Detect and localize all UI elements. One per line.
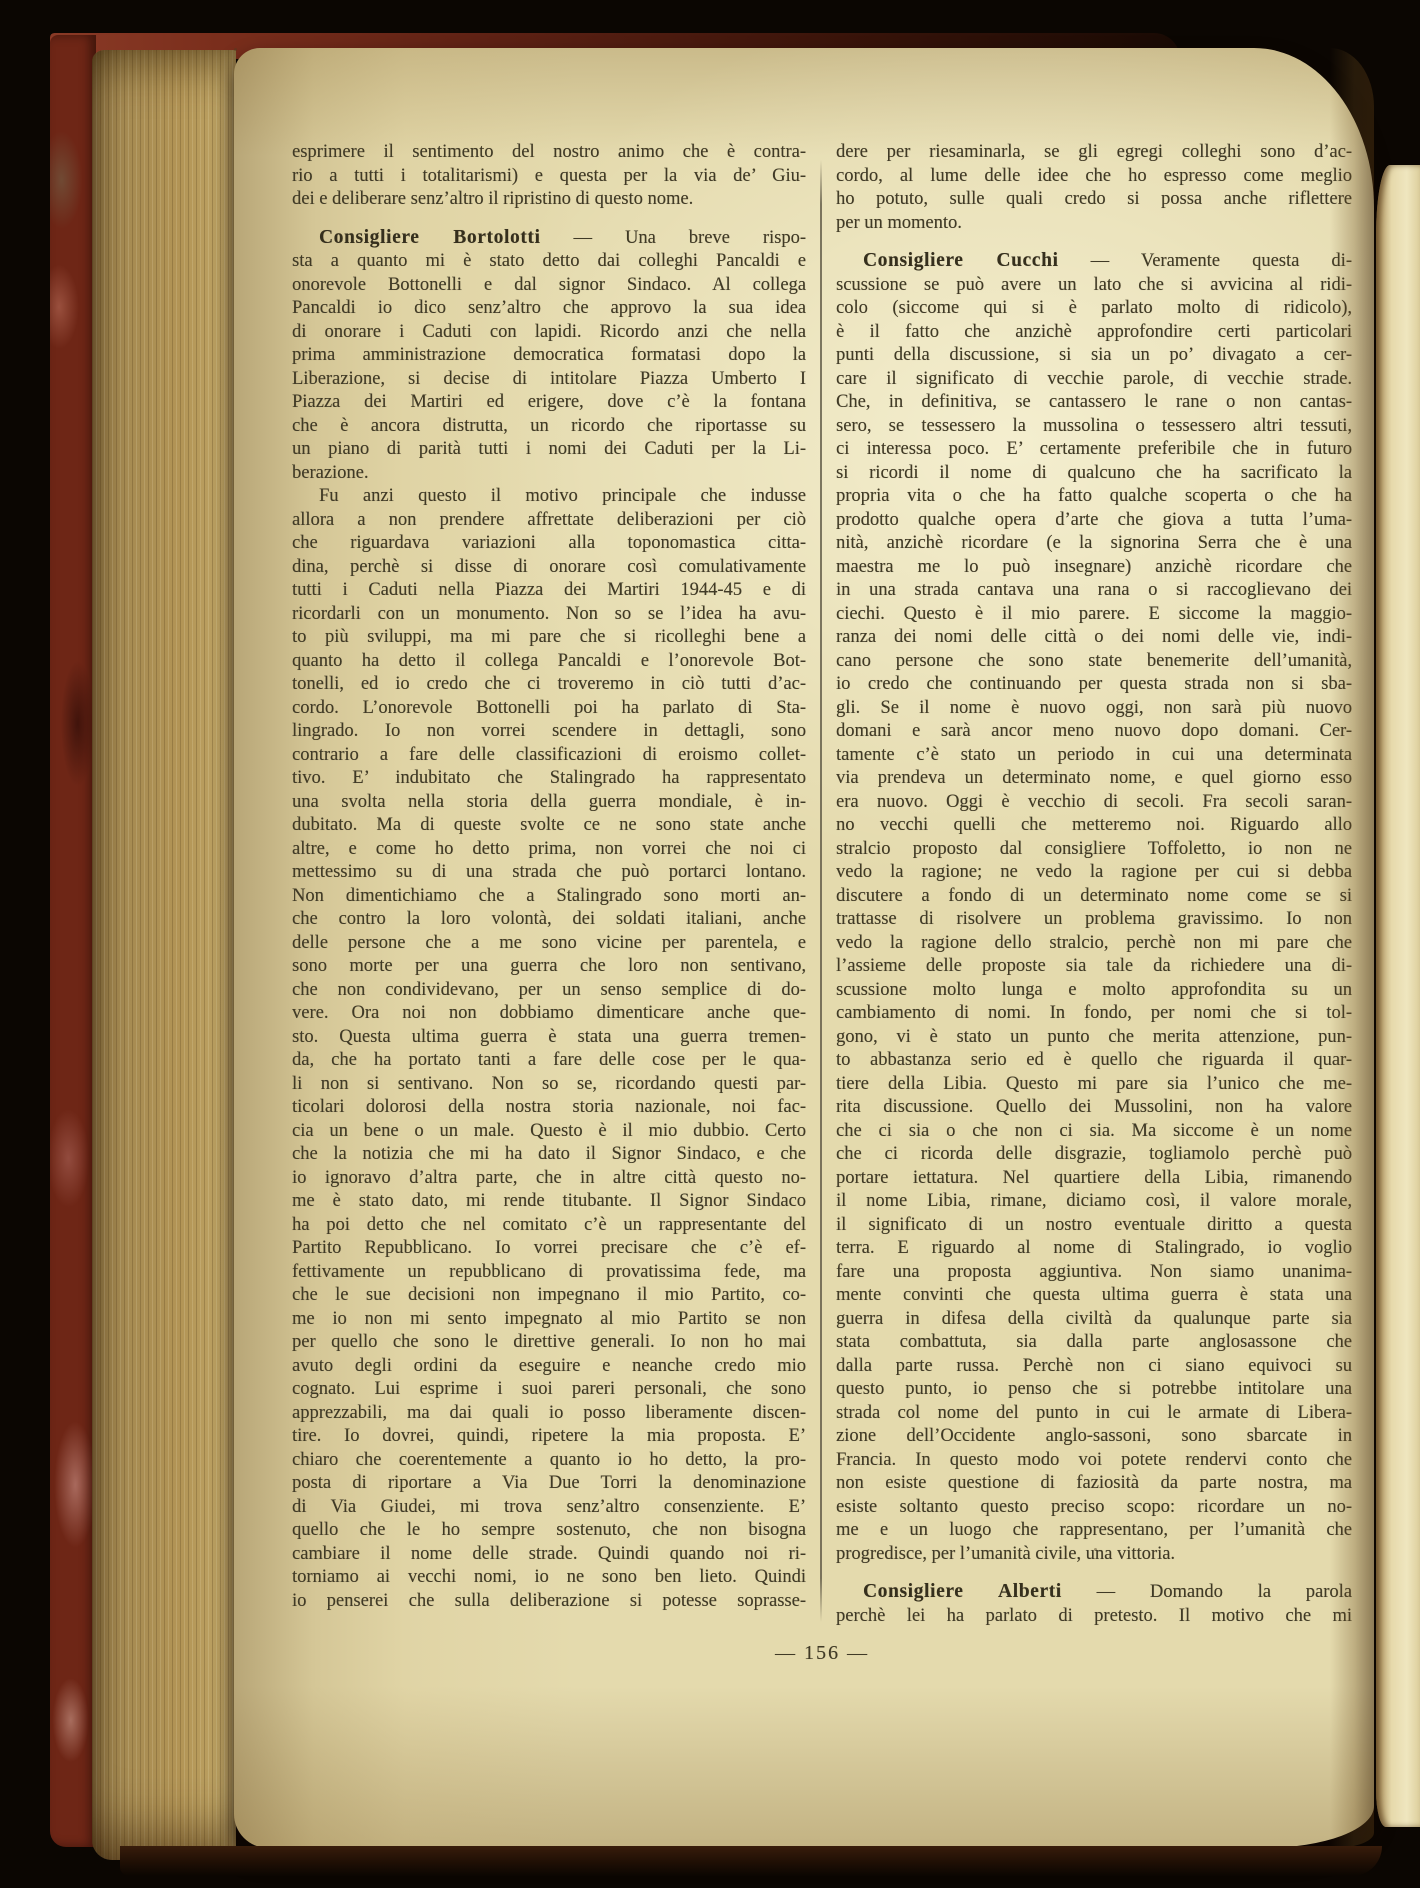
text-line: tivo. E’ indubitato che Stalingrado ha r… bbox=[292, 767, 806, 791]
text-line: nità, anzichè ricordare (e la signorina … bbox=[836, 532, 1352, 556]
text-line: che riguardava variazioni alla toponomas… bbox=[292, 532, 806, 556]
text-line: cordo. L’onorevole Bottonelli poi ha par… bbox=[292, 697, 806, 721]
text-line: esiste soltanto questo preciso scopo: ri… bbox=[836, 1496, 1352, 1520]
speaker-separator: — bbox=[1062, 1582, 1150, 1602]
text-line: propria vita o che ha fatto qualche scop… bbox=[836, 485, 1352, 509]
text-line: ha poi detto che nel comitato c’è un rap… bbox=[292, 1214, 806, 1238]
text-line: li non si sentivano. Non so se, ricordan… bbox=[292, 1073, 806, 1097]
text-line: quello che le ho sempre sostenuto, che n… bbox=[292, 1519, 806, 1543]
text-line: dei e deliberare senz’altro il ripristin… bbox=[292, 188, 806, 212]
text-line: un piano di parità tutti i nomi dei Cadu… bbox=[292, 438, 806, 462]
text-line: è il fatto che anzichè approfondire cert… bbox=[836, 321, 1352, 345]
text-line: il nome Libia, rimane, diciamo così, il … bbox=[836, 1190, 1352, 1214]
text-line: Consigliere Cucchi — Veramente questa di… bbox=[836, 249, 1352, 274]
speech-paragraph: Consigliere Alberti — Domando la parolap… bbox=[836, 1580, 1352, 1628]
text-line: mettessimo su di una strada che può port… bbox=[292, 861, 806, 885]
text-line: punti della discussione, si sia un po’ d… bbox=[836, 344, 1352, 368]
text-line: posta di riportare a Via Due Torri la de… bbox=[292, 1472, 806, 1496]
text-line: fare una proposta aggiuntiva. Non siamo … bbox=[836, 1261, 1352, 1285]
text-line: terra. E riguardo al nome di Stalingrado… bbox=[836, 1237, 1352, 1261]
text-line: ciechi. Questo è il mio parere. E siccom… bbox=[836, 603, 1352, 627]
text-line: che contro la loro volontà, dei soldati … bbox=[292, 908, 806, 932]
text-line: Partito Repubblicano. Io vorrei precisar… bbox=[292, 1237, 806, 1261]
text-line: to più sviluppi, ma mi pare che si ricol… bbox=[292, 626, 806, 650]
text-line: via prendeva un determinato nome, e quel… bbox=[836, 767, 1352, 791]
text-line: sono morte per una guerra che loro non s… bbox=[292, 955, 806, 979]
text-line: l’assieme delle proposte sia tale da ric… bbox=[836, 955, 1352, 979]
text-line: guerra in difesa della civiltà da qualun… bbox=[836, 1308, 1352, 1332]
text-line: colo (siccome qui si è parlato molto di … bbox=[836, 297, 1352, 321]
text-line: rio a tutti i totalitarismi) e questa pe… bbox=[292, 165, 806, 189]
text-line: Piazza dei Martiri ed erigere, dove c’è … bbox=[292, 391, 806, 415]
text-line: cambiare il nome delle strade. Quindi qu… bbox=[292, 1543, 806, 1567]
page-stack-edge bbox=[92, 50, 236, 1860]
text-line: maestra me lo può insegnare) anzichè ric… bbox=[836, 556, 1352, 580]
text-line: che ci ricorda delle disgrazie, togliamo… bbox=[836, 1143, 1352, 1167]
text-line: ticolari dolorosi della nostra storia na… bbox=[292, 1096, 806, 1120]
page-number: — 156 — bbox=[292, 1642, 1352, 1665]
text-line: vedo la ragione; ne vedo la ragione per … bbox=[836, 861, 1352, 885]
text-line: di onorare i Caduti con lapidi. Ricordo … bbox=[292, 321, 806, 345]
book-page: esprimere il sentimento del nostro animo… bbox=[234, 48, 1374, 1848]
text-line: care il significato di vecchie parole, d… bbox=[836, 368, 1352, 392]
page-text: esprimere il sentimento del nostro animo… bbox=[234, 48, 1374, 1848]
text-line: chiaro che coerentemente a quanto io ho … bbox=[292, 1449, 806, 1473]
text-line: da, che ha portato tanti a fare delle co… bbox=[292, 1049, 806, 1073]
text-line: ranza dei nomi delle città o dei nomi de… bbox=[836, 626, 1352, 650]
book-photo: esprimere il sentimento del nostro animo… bbox=[0, 0, 1420, 1888]
text-line: cordo, al lume delle idee che ho espress… bbox=[836, 165, 1352, 189]
book-cover-left-edge bbox=[50, 35, 96, 1847]
text-line: Liberazione, si decise di intitolare Pia… bbox=[292, 368, 806, 392]
text-line: to abbastanza serio ed è quello che rigu… bbox=[836, 1049, 1352, 1073]
text-line: Consigliere Alberti — Domando la parola bbox=[836, 1580, 1352, 1605]
speaker-name: Consigliere Alberti bbox=[863, 1581, 1062, 1602]
text-line: altre, e come ho detto prima, non vorrei… bbox=[292, 838, 806, 862]
text-line: dubitato. Ma di queste svolte ce ne sono… bbox=[292, 814, 806, 838]
text-line: ho potuto, sulle quali credo si possa an… bbox=[836, 188, 1352, 212]
text-line: rita discussione. Quello dei Mussolini, … bbox=[836, 1096, 1352, 1120]
gutter-shadow bbox=[1330, 48, 1374, 1848]
text-line: dere per riesaminarla, se gli egregi col… bbox=[836, 141, 1352, 165]
text-line: che è ancora distrutta, un ricordo che r… bbox=[292, 415, 806, 439]
column-left: esprimere il sentimento del nostro animo… bbox=[292, 141, 806, 1613]
text-line: Che, in definitiva, se cantassero le ran… bbox=[836, 391, 1352, 415]
text-line: tire. Io dovrei, quindi, ripetere la mia… bbox=[292, 1425, 806, 1449]
text-line: onorevole Bottonelli e dal signor Sindac… bbox=[292, 274, 806, 298]
text-line: dalla parte russa. Perchè non ci siano e… bbox=[836, 1355, 1352, 1379]
text-line: Francia. In questo modo voi potete rende… bbox=[836, 1449, 1352, 1473]
speech-first-line: Domando la parola bbox=[1150, 1582, 1352, 1602]
speaker-name: Consigliere Bortolotti bbox=[319, 227, 541, 248]
text-line: allora a non prendere affrettate deliber… bbox=[292, 509, 806, 533]
text-line: strada col nome del punto in cui le arma… bbox=[836, 1402, 1352, 1426]
text-line: portare iettatura. Nel quartiere della L… bbox=[836, 1167, 1352, 1191]
text-line: zione dell’Occidente anglo-sassoni, sono… bbox=[836, 1425, 1352, 1449]
text-line: apprezzabili, ma dai quali io posso libe… bbox=[292, 1402, 806, 1426]
text-line: ricordarli con un monumento. Non so se l… bbox=[292, 603, 806, 627]
text-line: per un momento. bbox=[836, 212, 1352, 236]
text-line: stata combattuta, sia dalla parte anglos… bbox=[836, 1331, 1352, 1355]
text-line: era nuovo. Oggi è vecchio di secoli. Fra… bbox=[836, 791, 1352, 815]
text-line: tonelli, ed io credo che ci troveremo in… bbox=[292, 673, 806, 697]
text-line: domani e sarà ancor meno nuovo dopo doma… bbox=[836, 720, 1352, 744]
text-line: trattasse di risolvere un problema gravi… bbox=[836, 908, 1352, 932]
speaker-separator: — bbox=[541, 228, 625, 248]
text-line: gli. Se il nome è nuovo oggi, non sarà p… bbox=[836, 697, 1352, 721]
speaker-separator: — bbox=[1059, 251, 1141, 271]
text-line: fettivamente un repubblicano di provatis… bbox=[292, 1261, 806, 1285]
text-line: sta a quanto mi è stato detto dai colleg… bbox=[292, 250, 806, 274]
text-line: cognato. Lui esprime i suoi pareri perso… bbox=[292, 1378, 806, 1402]
text-line: ci interessa poco. E’ certamente preferi… bbox=[836, 438, 1352, 462]
text-line: che le sue decisioni non impegnano il mi… bbox=[292, 1284, 806, 1308]
text-line: si ricordi il nome di qualcuno che ha sa… bbox=[836, 462, 1352, 486]
text-line: gono, vi è stato un punto che merita att… bbox=[836, 1026, 1352, 1050]
text-line: lingrado. Io non vorrei scendere in dett… bbox=[292, 720, 806, 744]
paragraph: dere per riesaminarla, se gli egregi col… bbox=[836, 141, 1352, 235]
text-line: torniamo ai vecchi nomi, io ne sono ben … bbox=[292, 1566, 806, 1590]
speech-paragraph: Consigliere Cucchi — Veramente questa di… bbox=[836, 249, 1352, 1566]
text-line: cia un bene o un male. Questo è il mio d… bbox=[292, 1120, 806, 1144]
text-line: Pancaldi io dico senz’altro che approvo … bbox=[292, 297, 806, 321]
text-line: esprimere il sentimento del nostro animo… bbox=[292, 141, 806, 165]
text-line: prodotto qualche opera d’arte che giova … bbox=[836, 509, 1352, 533]
text-line: Consigliere Bortolotti — Una breve rispo… bbox=[292, 226, 806, 251]
speaker-name: Consigliere Cucchi bbox=[863, 250, 1059, 271]
text-line: discutere a fondo di un determinato nome… bbox=[836, 885, 1352, 909]
text-line: io ignoravo d’altra parte, che in altre … bbox=[292, 1167, 806, 1191]
text-line: che la notizia che mi ha dato il Signor … bbox=[292, 1143, 806, 1167]
text-line: per quello che sono le direttive general… bbox=[292, 1331, 806, 1355]
text-line: mente convinti che questa ultima guerra … bbox=[836, 1284, 1352, 1308]
text-line: vedo la ragione dello stralcio, perchè n… bbox=[836, 932, 1352, 956]
text-line: che non condividevano, per un senso semp… bbox=[292, 979, 806, 1003]
text-line: che ci sia o che non ci sia. Ma siccome … bbox=[836, 1120, 1352, 1144]
text-line: io credo che continuando per questa stra… bbox=[836, 673, 1352, 697]
speech-first-line: Veramente questa di- bbox=[1141, 251, 1352, 271]
text-line: scussione molto lunga e molto approfondi… bbox=[836, 979, 1352, 1003]
text-line: Non dimentichiamo che a Stalingrado sono… bbox=[292, 885, 806, 909]
text-line: una svolta nella storia della guerra mon… bbox=[292, 791, 806, 815]
text-line: in una strada cantava una rana o si racc… bbox=[836, 579, 1352, 603]
paragraph: Fu anzi questo il motivo principale che … bbox=[292, 485, 806, 1613]
speech-first-line: Una breve rispo- bbox=[625, 228, 806, 248]
text-line: no vecchi quelli che metteremo noi. Rigu… bbox=[836, 814, 1352, 838]
text-line: me io non mi sento impegnato al mio Part… bbox=[292, 1308, 806, 1332]
text-line: dina, perchè si disse di onorare così co… bbox=[292, 556, 806, 580]
text-line: avuto degli ordini da eseguire e neanche… bbox=[292, 1355, 806, 1379]
text-line: stralcio proposto dal consigliere Toffol… bbox=[836, 838, 1352, 862]
text-line: il significato di un nostro eventuale di… bbox=[836, 1214, 1352, 1238]
facing-page-edge bbox=[1376, 165, 1420, 1827]
text-line: contrario a fare delle classificazioni d… bbox=[292, 744, 806, 768]
text-line: delle persone che a me sono vicine per p… bbox=[292, 932, 806, 956]
text-line: tiere della Libia. Questo mi pare sia l’… bbox=[836, 1073, 1352, 1097]
text-line: scussione se può avere un lato che si av… bbox=[836, 274, 1352, 298]
text-line: berazione. bbox=[292, 462, 806, 486]
text-line: sto. Questa ultima guerra è stata una gu… bbox=[292, 1026, 806, 1050]
column-right: dere per riesaminarla, se gli egregi col… bbox=[836, 141, 1352, 1628]
text-line: me e un luogo che rappresentano, per l’u… bbox=[836, 1519, 1352, 1543]
text-line: progredisce, per l’umanità civile, una v… bbox=[836, 1543, 1352, 1567]
text-line: tutti i Caduti nella Piazza dei Martiri … bbox=[292, 579, 806, 603]
book-bottom-edge bbox=[120, 1846, 1382, 1876]
text-line: io penserei che sulla deliberazione si p… bbox=[292, 1590, 806, 1614]
text-line: di Via Giudei, mi trova senz’altro conse… bbox=[292, 1496, 806, 1520]
text-line: cano persone che sono state benemerite d… bbox=[836, 650, 1352, 674]
text-line: vere. Ora noi non dobbiamo dimenticare a… bbox=[292, 1002, 806, 1026]
paragraph: esprimere il sentimento del nostro animo… bbox=[292, 141, 806, 212]
text-line: Fu anzi questo il motivo principale che … bbox=[292, 485, 806, 509]
text-line: me è stato dato, mi rende titubante. Il … bbox=[292, 1190, 806, 1214]
text-line: sero, se tessessero la mussolina o tesse… bbox=[836, 415, 1352, 439]
column-divider bbox=[820, 160, 822, 1622]
text-line: quanto ha detto il collega Pancaldi e l’… bbox=[292, 650, 806, 674]
text-line: cambiamento di nomi. In fondo, per nomi … bbox=[836, 1002, 1352, 1026]
text-line: tamente c’è stato un periodo in cui una … bbox=[836, 744, 1352, 768]
text-line: perchè lei ha parlato di pretesto. Il mo… bbox=[836, 1605, 1352, 1629]
text-line: prima amministrazione democratica format… bbox=[292, 344, 806, 368]
speech-paragraph: Consigliere Bortolotti — Una breve rispo… bbox=[292, 226, 806, 486]
text-line: non esiste questione di faziosità da par… bbox=[836, 1472, 1352, 1496]
text-line: questo punto, io penso che si potrebbe i… bbox=[836, 1378, 1352, 1402]
